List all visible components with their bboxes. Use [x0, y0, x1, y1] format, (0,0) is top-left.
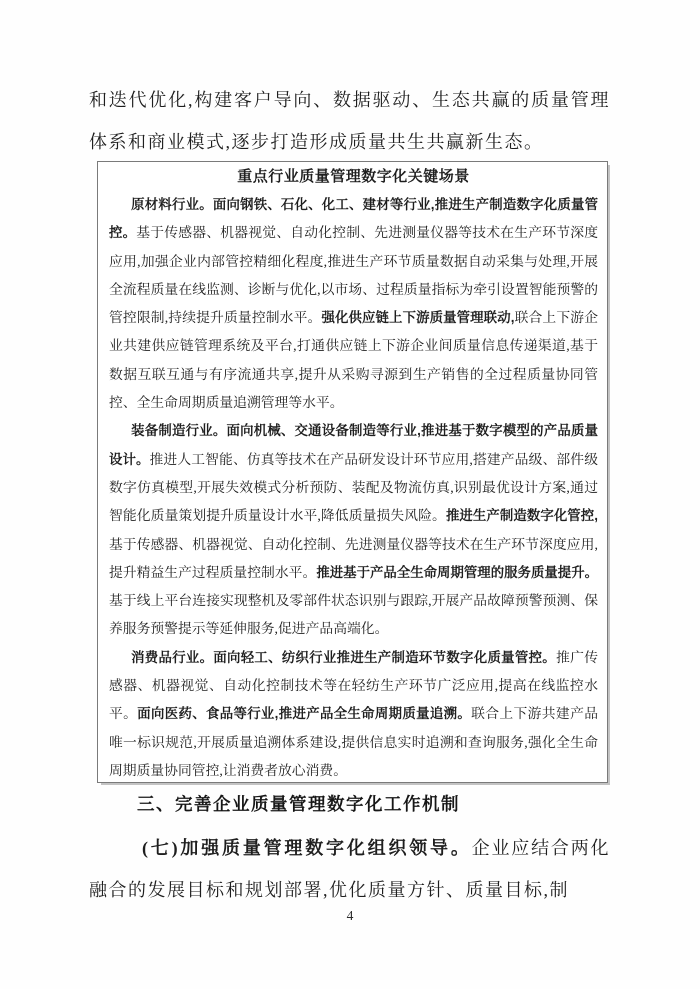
text-run: 强化供应链上下游质量管理联动, — [321, 310, 514, 325]
page-number: 4 — [0, 908, 700, 924]
text-run: 推进生产制造数字化管控, — [446, 508, 598, 523]
text-run: 面向医药、食品等行业,推进产品全生命周期质量追溯。 — [137, 706, 471, 721]
box-paragraph-consumer-goods: 消费品行业。面向轻工、纺织行业推进生产制造环节数字化质量管控。推广传感器、机器视… — [109, 644, 598, 783]
text-run: 消费品行业。面向轻工、纺织行业推进生产制造环节数字化质量管控。 — [131, 650, 556, 665]
document-page: 和迭代优化,构建客户导向、数据驱动、生态共赢的质量管理体系和商业模式,逐步打造形… — [0, 0, 700, 989]
section-heading: 三、完善企业质量管理数字化工作机制 — [90, 791, 460, 816]
intro-paragraph: 和迭代优化,构建客户导向、数据驱动、生态共赢的质量管理体系和商业模式,逐步打造形… — [89, 79, 610, 163]
box-paragraph-equipment-manufacturing: 装备制造行业。面向机械、交通设备制造等行业,推进基于数字模型的产品质量设计。推进… — [109, 417, 598, 643]
text-run: 基于线上平台连接实现整机及零部件状态识别与跟踪,开展产品故障预警预测、保养服务预… — [109, 593, 598, 636]
text-run: (七)加强质量管理数字化组织领导。 — [142, 838, 472, 858]
box-paragraph-raw-materials: 原材料行业。面向钢铁、石化、化工、建材等行业,推进生产制造数字化质量管控。基于传… — [109, 191, 598, 417]
key-scenarios-box: 重点行业质量管理数字化关键场景 原材料行业。面向钢铁、石化、化工、建材等行业,推… — [97, 161, 608, 783]
text-run: 推进基于产品全生命周期管理的服务质量提升。 — [316, 565, 598, 580]
section-paragraph: (七)加强质量管理数字化组织领导。企业应结合两化融合的发展目标和规划部署,优化质… — [89, 827, 610, 911]
box-title: 重点行业质量管理数字化关键场景 — [109, 163, 598, 191]
